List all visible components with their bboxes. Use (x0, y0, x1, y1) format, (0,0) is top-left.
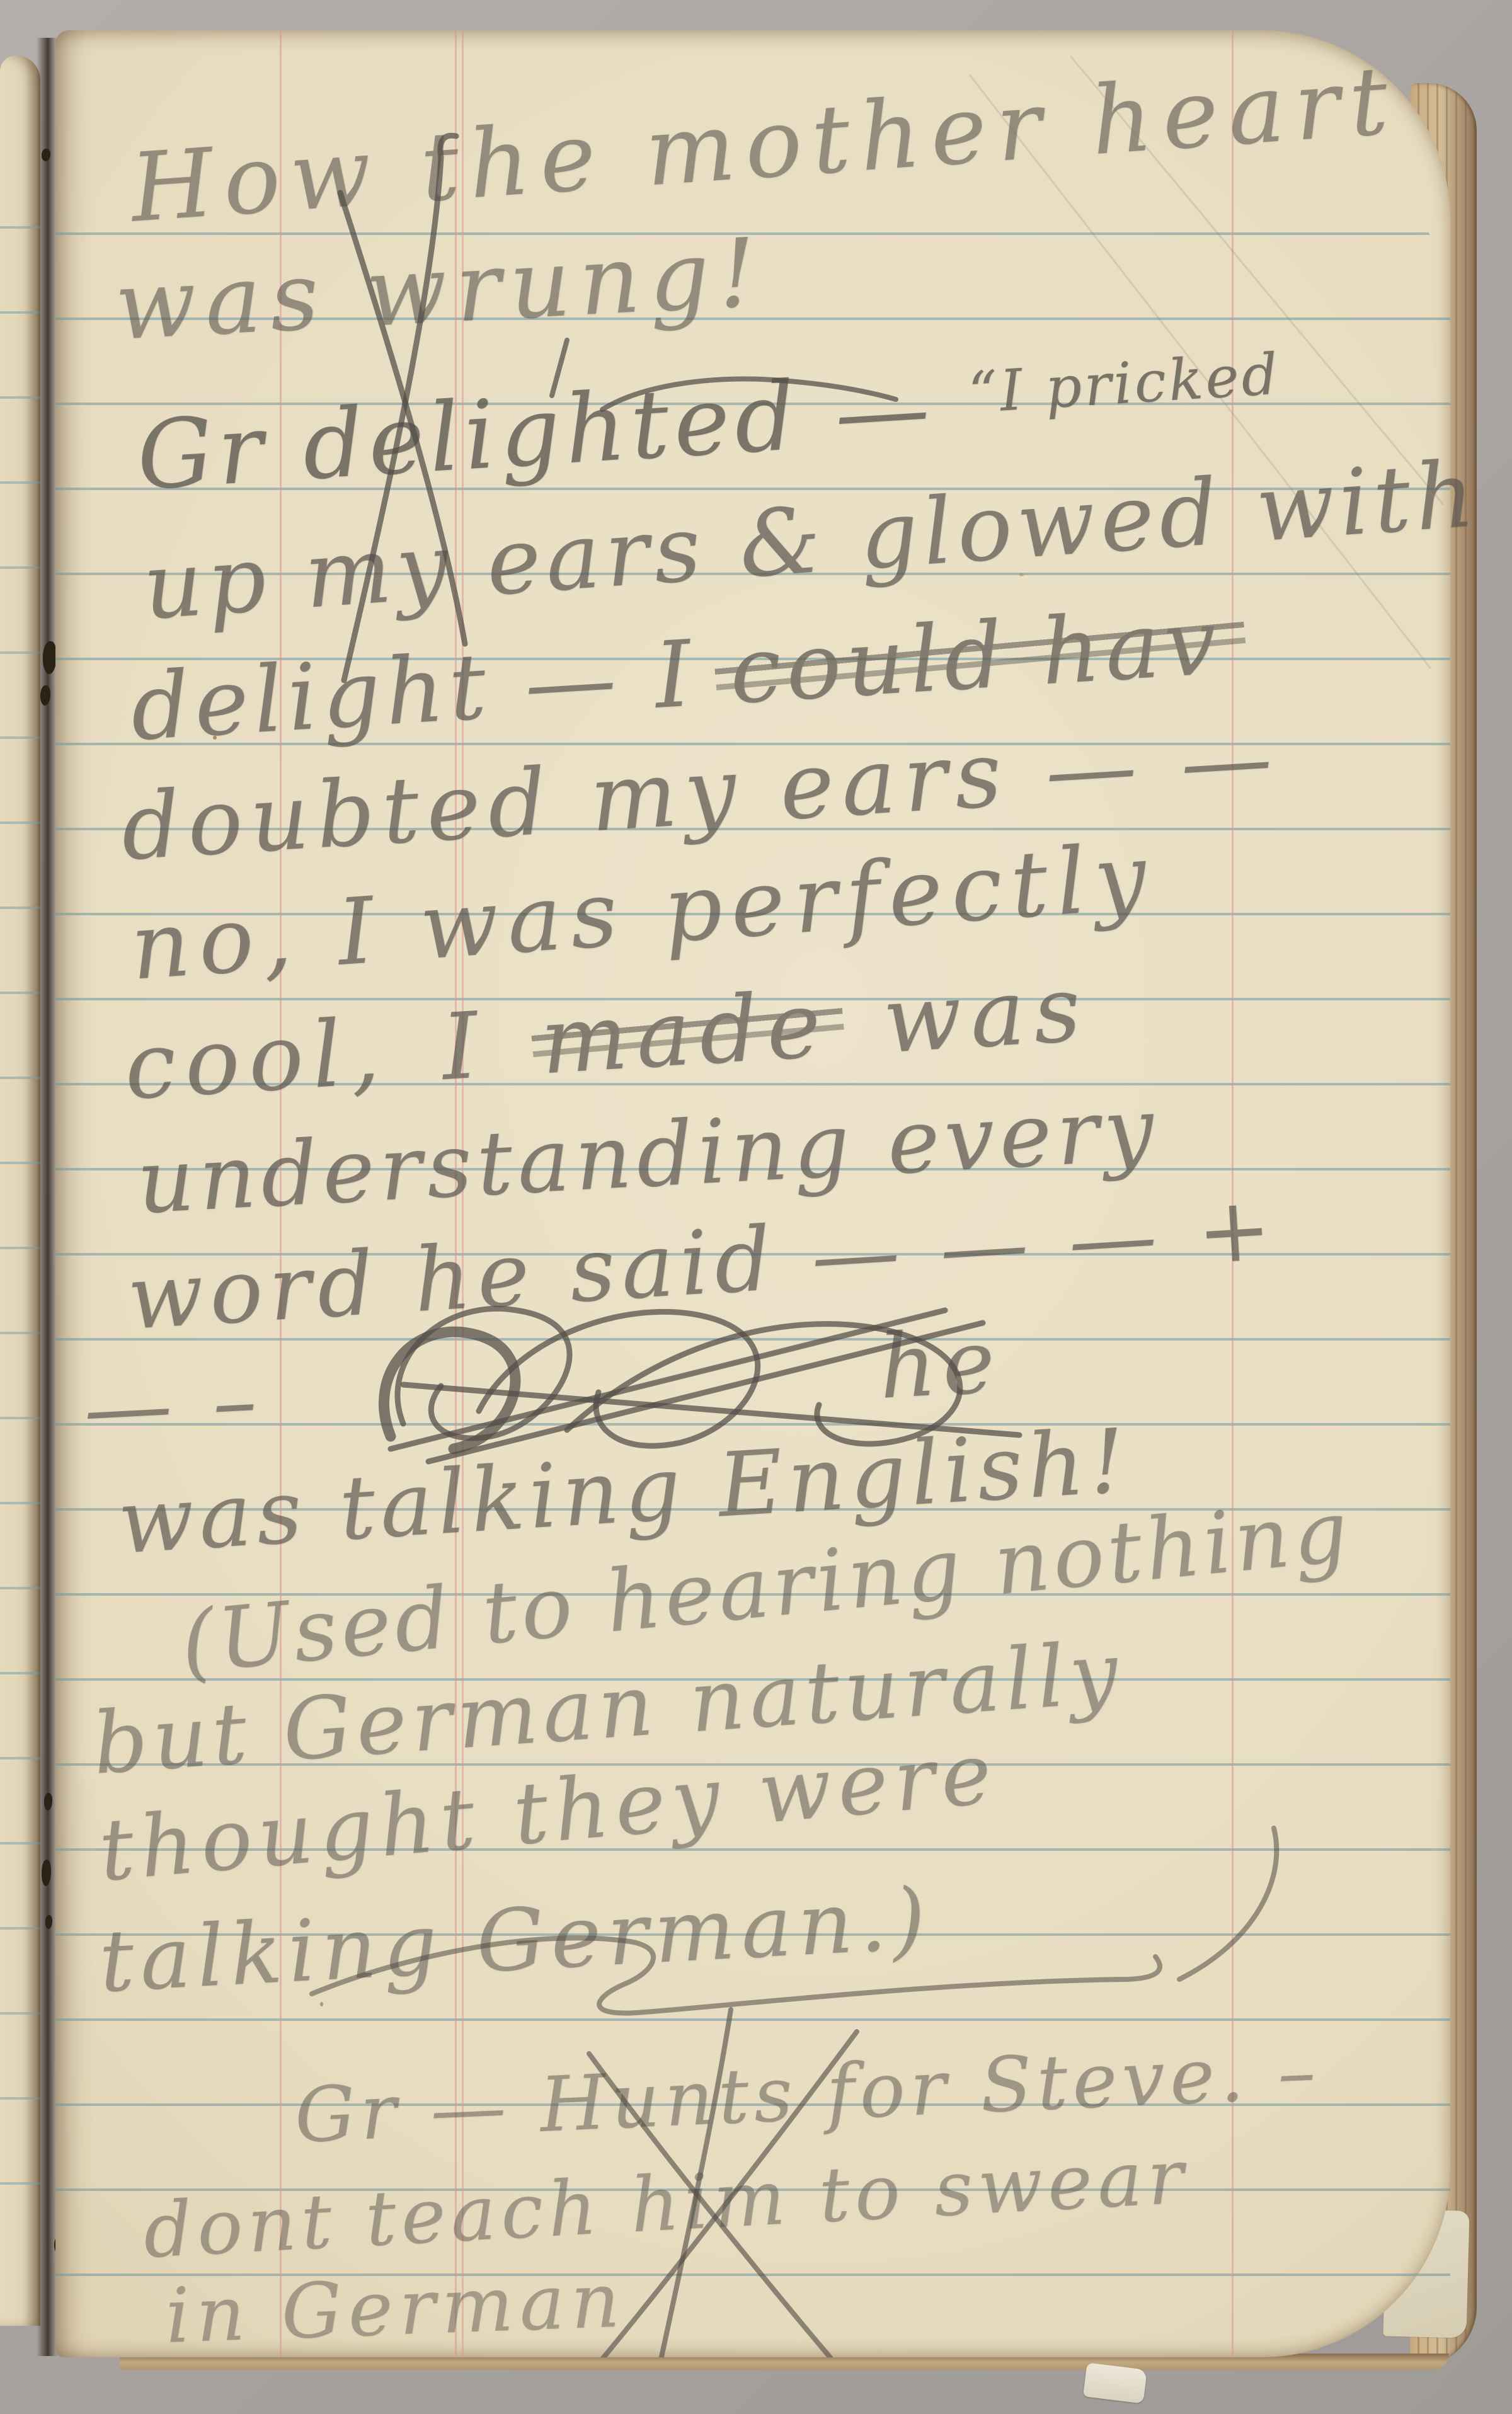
notebook-page: How the mother heart was wrung! Gr delig… (55, 30, 1450, 2357)
sliver-ruling (0, 144, 40, 2250)
torn-paper-scrap (1083, 2362, 1147, 2403)
handwriting-line: in German (164, 2257, 627, 2360)
facing-page-sliver (0, 55, 40, 2326)
paper-fleck (320, 2002, 323, 2006)
notebook-scan: How the mother heart was wrung! Gr delig… (0, 0, 1512, 2414)
